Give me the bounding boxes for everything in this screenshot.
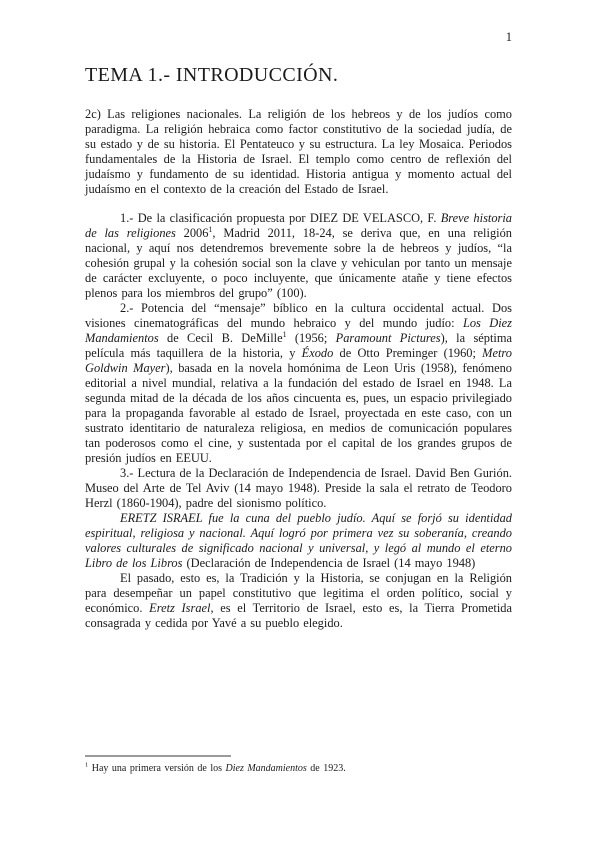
paragraph: 1.- De la clasificación propuesta por DI… bbox=[85, 211, 512, 301]
page-number: 1 bbox=[85, 30, 512, 45]
text-run: de Otto Preminger (1960; bbox=[333, 346, 482, 360]
text-run: 3.- Lectura de la Declaración de Indepen… bbox=[85, 466, 512, 510]
document-title: TEMA 1.- INTRODUCCIÓN. bbox=[85, 63, 512, 87]
document-content: TEMA 1.- INTRODUCCIÓN. 2c) Las religione… bbox=[85, 63, 512, 631]
paragraph: El pasado, esto es, la Tradición y la Hi… bbox=[85, 571, 512, 631]
text-run: (Declaración de Independencia de Israel … bbox=[182, 556, 475, 570]
text-run: 2006 bbox=[176, 226, 209, 240]
text-run: 2c) Las religiones nacionales. La religi… bbox=[85, 107, 512, 196]
footnote: 1 Hay una primera versión de los Diez Ma… bbox=[85, 763, 512, 775]
footnote-separator bbox=[85, 755, 231, 757]
italic-text-run: Éxodo bbox=[302, 346, 334, 360]
text-run: (1956; bbox=[287, 331, 336, 345]
text-run: 1.- De la clasificación propuesta por DI… bbox=[120, 211, 441, 225]
paragraph: 2.- Potencia del “mensaje” bíblico en la… bbox=[85, 301, 512, 466]
text-run: Hay una primera versión de los bbox=[88, 763, 225, 774]
text-run: de 1923. bbox=[307, 763, 346, 774]
text-run: de Cecil B. DeMille bbox=[159, 331, 283, 345]
footnote-area: 1 Hay una primera versión de los Diez Ma… bbox=[85, 755, 512, 775]
text-run: 2.- Potencia del “mensaje” bíblico en la… bbox=[85, 301, 512, 330]
italic-text-run: Paramount Pictures bbox=[336, 331, 441, 345]
paragraph: 2c) Las religiones nacionales. La religi… bbox=[85, 107, 512, 197]
text-run: ), basada en la novela homónima de Leon … bbox=[85, 361, 512, 465]
paragraph: 3.- Lectura de la Declaración de Indepen… bbox=[85, 466, 512, 511]
paragraph: ERETZ ISRAEL fue la cuna del pueblo judí… bbox=[85, 511, 512, 571]
italic-text-run: Diez Mandamientos bbox=[226, 763, 307, 774]
document-body: 2c) Las religiones nacionales. La religi… bbox=[85, 107, 512, 631]
italic-text-run: Eretz Israel bbox=[149, 601, 210, 615]
document-page: 1 TEMA 1.- INTRODUCCIÓN. 2c) Las religio… bbox=[0, 0, 599, 848]
